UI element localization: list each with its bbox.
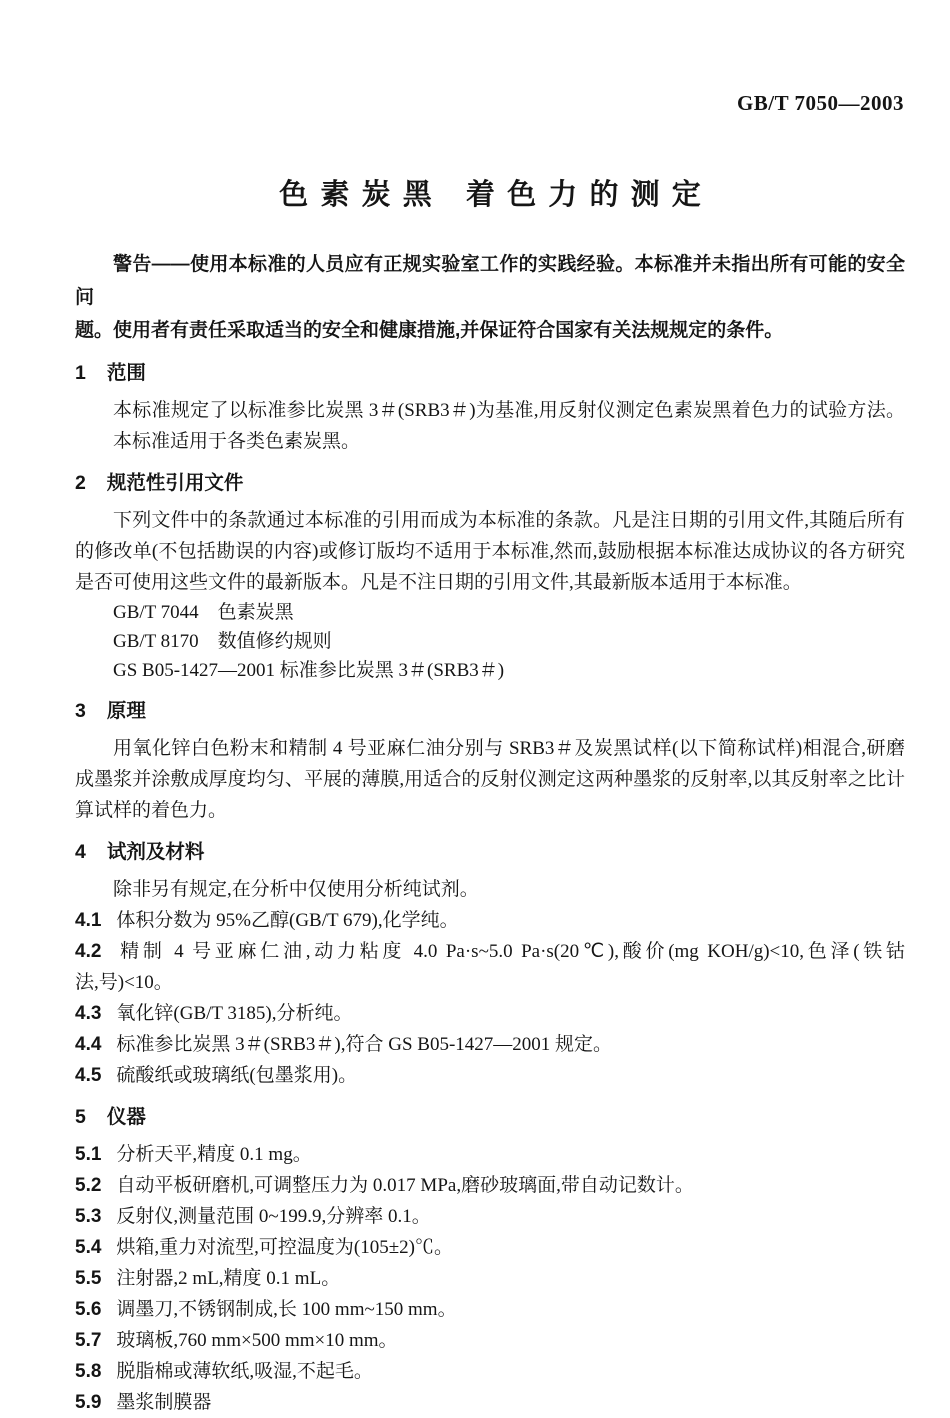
- clause-text: 烘箱,重力对流型,可控温度为(105±2)℃。: [116, 1237, 453, 1258]
- standard-number: GB/T 7050—2003: [737, 91, 904, 116]
- clause-item: 4.1体积分数为 95%乙醇(GB/T 679),化学纯。: [75, 905, 905, 936]
- section-apparatus: 5仪器 5.1分析天平,精度 0.1 mg。 5.2自动平板研磨机,可调整压力为…: [75, 1102, 905, 1418]
- section-normative-references: 2规范性引用文件 下列文件中的条款通过本标准的引用而成为本标准的条款。凡是注日期…: [75, 468, 905, 685]
- paragraph-line: 除非另有规定,在分析中仅使用分析纯试剂。: [75, 874, 905, 905]
- clause-number: 5.9: [75, 1392, 101, 1413]
- section-heading: 5仪器: [75, 1102, 905, 1132]
- reference-item: GB/T 7044 色素炭黑: [75, 598, 905, 627]
- clause-number: 5.6: [75, 1299, 101, 1320]
- section-number: 2: [75, 472, 86, 494]
- section-heading: 3原理: [75, 696, 905, 726]
- clause-continuation-line: 法,号)<10。: [75, 967, 905, 998]
- clause-text: 反射仪,测量范围 0~199.9,分辨率 0.1。: [116, 1206, 430, 1227]
- clause-number: 5.5: [75, 1268, 101, 1289]
- document-page: GB/T 7050—2003 色素炭黑着色力的测定 警告——使用本标准的人员应有…: [0, 0, 950, 1418]
- clause-number: 4.4: [75, 1034, 101, 1055]
- clause-number: 5.4: [75, 1237, 101, 1258]
- clause-text: 脱脂棉或薄软纸,吸湿,不起毛。: [116, 1361, 373, 1382]
- clause-text: 玻璃板,760 mm×500 mm×10 mm。: [116, 1330, 397, 1351]
- section-reagents-materials: 4试剂及材料 除非另有规定,在分析中仅使用分析纯试剂。 4.1体积分数为 95%…: [75, 837, 905, 1091]
- warning-paragraph: 警告——使用本标准的人员应有正规实验室工作的实践经验。本标准并未指出所有可能的安…: [75, 248, 905, 347]
- clause-item: 5.7玻璃板,760 mm×500 mm×10 mm。: [75, 1325, 905, 1356]
- clause-text: 分析天平,精度 0.1 mg。: [116, 1144, 311, 1165]
- clause-item: 4.3氧化锌(GB/T 3185),分析纯。: [75, 998, 905, 1029]
- paragraph-line: 算试样的着色力。: [75, 795, 905, 826]
- clause-number: 4.2: [75, 941, 101, 962]
- clause-text: 体积分数为 95%乙醇(GB/T 679),化学纯。: [116, 910, 458, 931]
- section-number: 3: [75, 700, 86, 722]
- clause-number: 5.7: [75, 1330, 101, 1351]
- section-principle: 3原理 用氧化锌白色粉末和精制 4 号亚麻仁油分别与 SRB3＃及炭黑试样(以下…: [75, 696, 905, 826]
- clause-item: 5.1分析天平,精度 0.1 mg。: [75, 1139, 905, 1170]
- section-heading: 4试剂及材料: [75, 837, 905, 867]
- section-title: 试剂及材料: [107, 841, 205, 863]
- clause-item: 5.5注射器,2 mL,精度 0.1 mL。: [75, 1263, 905, 1294]
- clause-text: 注射器,2 mL,精度 0.1 mL。: [116, 1268, 340, 1289]
- clause-item: 5.2自动平板研磨机,可调整压力为 0.017 MPa,磨砂玻璃面,带自动记数计…: [75, 1170, 905, 1201]
- section-title: 原理: [107, 700, 146, 722]
- clause-item: 5.4烘箱,重力对流型,可控温度为(105±2)℃。: [75, 1232, 905, 1263]
- document-title: 色素炭黑着色力的测定: [75, 176, 905, 214]
- section-heading: 1范围: [75, 358, 905, 388]
- clause-item: 5.6调墨刀,不锈钢制成,长 100 mm~150 mm。: [75, 1294, 905, 1325]
- warning-line: 警告——使用本标准的人员应有正规实验室工作的实践经验。本标准并未指出所有可能的安…: [75, 248, 905, 314]
- clause-number: 5.8: [75, 1361, 101, 1382]
- section-number: 4: [75, 841, 86, 863]
- clause-text: 硫酸纸或玻璃纸(包墨浆用)。: [116, 1065, 357, 1086]
- clause-item: 4.4标准参比炭黑 3＃(SRB3＃),符合 GS B05-1427—2001 …: [75, 1029, 905, 1060]
- section-scope: 1范围 本标准规定了以标准参比炭黑 3＃(SRB3＃)为基准,用反射仪测定色素炭…: [75, 358, 905, 457]
- section-title: 范围: [107, 362, 146, 384]
- paragraph-line: 本标准规定了以标准参比炭黑 3＃(SRB3＃)为基准,用反射仪测定色素炭黑着色力…: [75, 395, 905, 426]
- clause-text: 调墨刀,不锈钢制成,长 100 mm~150 mm。: [116, 1299, 456, 1320]
- section-heading: 2规范性引用文件: [75, 468, 905, 498]
- clause-text: 精制 4 号亚麻仁油,动力粘度 4.0 Pa·s~5.0 Pa·s(20℃),酸…: [116, 941, 905, 962]
- clause-item: 4.2精制 4 号亚麻仁油,动力粘度 4.0 Pa·s~5.0 Pa·s(20℃…: [75, 936, 905, 967]
- clause-number: 4.1: [75, 910, 101, 931]
- clause-number: 4.3: [75, 1003, 101, 1024]
- section-title: 仪器: [107, 1106, 146, 1128]
- paragraph-line: 下列文件中的条款通过本标准的引用而成为本标准的条款。凡是注日期的引用文件,其随后…: [75, 505, 905, 536]
- section-number: 5: [75, 1106, 86, 1128]
- clause-text: 墨浆制膜器: [116, 1392, 211, 1413]
- section-number: 1: [75, 362, 86, 384]
- reference-item: GS B05-1427—2001 标准参比炭黑 3＃(SRB3＃): [75, 656, 905, 685]
- clause-number: 5.2: [75, 1175, 101, 1196]
- clause-text: 标准参比炭黑 3＃(SRB3＃),符合 GS B05-1427—2001 规定。: [116, 1034, 612, 1055]
- clause-item: 4.5硫酸纸或玻璃纸(包墨浆用)。: [75, 1060, 905, 1091]
- reference-item: GB/T 8170 数值修约规则: [75, 627, 905, 656]
- paragraph-line: 是否可使用这些文件的最新版本。凡是不注日期的引用文件,其最新版本适用于本标准。: [75, 567, 905, 598]
- clause-text: 自动平板研磨机,可调整压力为 0.017 MPa,磨砂玻璃面,带自动记数计。: [116, 1175, 693, 1196]
- paragraph-line: 本标准适用于各类色素炭黑。: [75, 426, 905, 457]
- title-part-1: 色素炭黑: [279, 179, 444, 211]
- clause-item: 5.3反射仪,测量范围 0~199.9,分辨率 0.1。: [75, 1201, 905, 1232]
- clause-item: 5.9墨浆制膜器: [75, 1387, 905, 1418]
- title-part-2: 着色力的测定: [466, 179, 713, 211]
- warning-line: 题。使用者有责任采取适当的安全和健康措施,并保证符合国家有关法规规定的条件。: [75, 314, 905, 347]
- paragraph-line: 用氧化锌白色粉末和精制 4 号亚麻仁油分别与 SRB3＃及炭黑试样(以下简称试样…: [75, 733, 905, 764]
- clause-number: 5.1: [75, 1144, 101, 1165]
- paragraph-line: 的修改单(不包括勘误的内容)或修订版均不适用于本标准,然而,鼓励根据本标准达成协…: [75, 536, 905, 567]
- clause-text: 氧化锌(GB/T 3185),分析纯。: [116, 1003, 352, 1024]
- clause-number: 4.5: [75, 1065, 101, 1086]
- clause-number: 5.3: [75, 1206, 101, 1227]
- section-title: 规范性引用文件: [107, 472, 244, 494]
- clause-item: 5.8脱脂棉或薄软纸,吸湿,不起毛。: [75, 1356, 905, 1387]
- paragraph-line: 成墨浆并涂敷成厚度均匀、平展的薄膜,用适合的反射仪测定这两种墨浆的反射率,以其反…: [75, 764, 905, 795]
